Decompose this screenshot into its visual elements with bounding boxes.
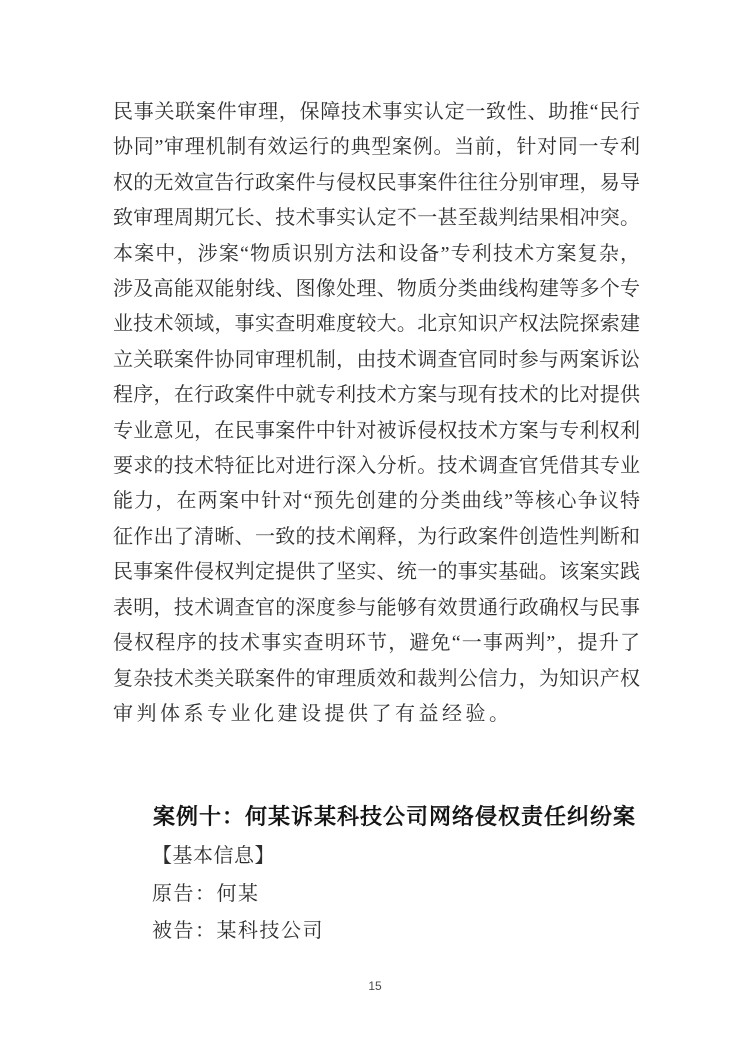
paragraph-line: 要求的技术特征比对进行深入分析。技术调查官凭借其专业 (113, 449, 640, 484)
page-number: 15 (0, 979, 750, 993)
document-page: 民事关联案件审理，保障技术事实认定一致性、助推“民行 协同”审理机制有效运行的典… (0, 0, 750, 1061)
paragraph-line: 专业意见，在民事案件中针对被诉侵权技术方案与专利权利 (113, 414, 640, 449)
paragraph-line: 民事案件侵权判定提供了坚实、统一的事实基础。该案实践 (113, 555, 640, 590)
paragraph-line: 涉及高能双能射线、图像处理、物质分类曲线构建等多个专 (113, 272, 640, 307)
case-heading: 案例十：何某诉某科技公司网络侵权责任纠纷案 (153, 803, 653, 831)
paragraph-line: 立关联案件协同审理机制，由技术调查官同时参与两案诉讼 (113, 343, 640, 378)
basic-info-section-label: 【基本信息】 (152, 842, 275, 870)
paragraph-line: 民事关联案件审理，保障技术事实认定一致性、助推“民行 (113, 95, 640, 130)
paragraph-line: 征作出了清晰、一致的技术阐释，为行政案件创造性判断和 (113, 520, 640, 555)
body-paragraph: 民事关联案件审理，保障技术事实认定一致性、助推“民行 协同”审理机制有效运行的典… (113, 95, 640, 732)
paragraph-line: 复杂技术类关联案件的审理质效和裁判公信力，为知识产权 (113, 662, 640, 697)
paragraph-line: 协同”审理机制有效运行的典型案例。当前，针对同一专利 (113, 130, 640, 165)
paragraph-line: 能力，在两案中针对“预先创建的分类曲线”等核心争议特 (113, 484, 640, 519)
paragraph-line: 表明，技术调查官的深度参与能够有效贯通行政确权与民事 (113, 591, 640, 626)
paragraph-line: 程序，在行政案件中就专利技术方案与现有技术的比对提供 (113, 378, 640, 413)
paragraph-line: 权的无效宣告行政案件与侵权民事案件往往分别审理，易导 (113, 166, 640, 201)
paragraph-line: 业技术领域，事实查明难度较大。北京知识产权法院探索建 (113, 307, 640, 342)
paragraph-line: 审判体系专业化建设提供了有益经验。 (113, 697, 640, 732)
paragraph-line: 侵权程序的技术事实查明环节，避免“一事两判”，提升了 (113, 626, 640, 661)
paragraph-line: 本案中，涉案“物质识别方法和设备”专利技术方案复杂， (113, 237, 640, 272)
plaintiff-line: 原告：何某 (152, 880, 260, 908)
defendant-line: 被告：某科技公司 (152, 917, 324, 945)
paragraph-line: 致审理周期冗长、技术事实认定不一甚至裁判结果相冲突。 (113, 201, 640, 236)
